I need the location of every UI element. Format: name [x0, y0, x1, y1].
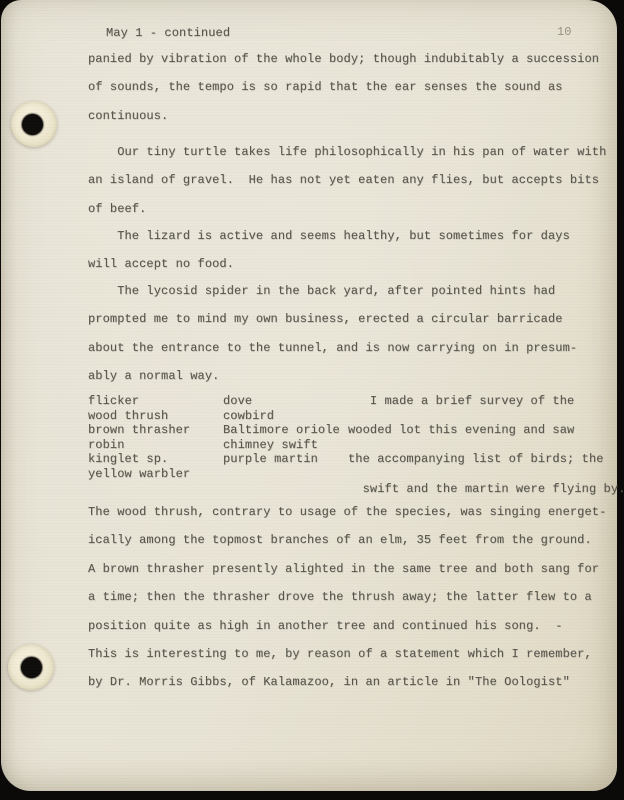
entry-title: May 1 - continued: [106, 25, 230, 41]
text-line: an island of gravel. He has not yet eate…: [88, 166, 606, 194]
text-line: The wood thrush, contrary to usage of th…: [88, 498, 606, 526]
scanned-journal-screenshot: { "page": { "colors": { "paper": "#e8e3d…: [0, 0, 624, 800]
text-line: A brown thrasher presently alighted in t…: [88, 555, 606, 583]
text-line: I made a brief survey of the: [348, 387, 624, 416]
paragraph-continued-sounds: panied by vibration of the whole body; t…: [88, 45, 599, 130]
survey-note: I made a brief survey of thewooded lot t…: [348, 387, 624, 504]
paragraph-lizard: The lizard is active and seems healthy, …: [88, 222, 570, 279]
text-line: will accept no food.: [88, 250, 570, 278]
text-line: of sounds, the tempo is so rapid that th…: [88, 73, 599, 101]
page-number: 10: [557, 24, 572, 40]
text-line: The lycosid spider in the back yard, aft…: [88, 277, 577, 305]
text-line: dove: [223, 394, 340, 409]
hole-punch-hole-icon: [22, 114, 43, 135]
paragraph-wood-thrush-closing: The wood thrush, contrary to usage of th…: [88, 498, 606, 697]
text-line: of beef.: [88, 195, 606, 223]
paragraph-turtle: Our tiny turtle takes life philosophical…: [88, 138, 606, 223]
text-line: The lizard is active and seems healthy, …: [88, 222, 570, 250]
bird-list-column-2: dovecowbirdBaltimore oriolechimney swift…: [223, 394, 340, 467]
text-line: flicker: [88, 394, 190, 409]
text-line: This is interesting to me, by reason of …: [88, 640, 606, 668]
hole-punch-bottom: [8, 644, 54, 690]
text-line: about the entrance to the tunnel, and is…: [88, 334, 577, 362]
text-line: the accompanying list of birds; the: [348, 445, 624, 474]
text-line: panied by vibration of the whole body; t…: [88, 45, 599, 73]
paragraph-spider: The lycosid spider in the back yard, aft…: [88, 277, 577, 391]
text-line: wood thrush: [88, 409, 190, 424]
text-line: continuous.: [88, 102, 599, 130]
text-line: ically among the topmost branches of an …: [88, 526, 606, 554]
text-line: Our tiny turtle takes life philosophical…: [88, 138, 606, 166]
text-line: robin: [88, 438, 190, 453]
text-line: brown thrasher: [88, 423, 190, 438]
text-line: yellow warbler: [88, 467, 190, 482]
text-line: purple martin: [223, 452, 340, 467]
journal-page: May 1 - continued 10 panied by vibration…: [1, 0, 617, 791]
text-line: wooded lot this evening and saw: [348, 416, 624, 445]
text-line: kinglet sp.: [88, 452, 190, 467]
bird-list-column-1: flickerwood thrushbrown thrasherrobinkin…: [88, 394, 190, 482]
text-line: a time; then the thrasher drove the thru…: [88, 583, 606, 611]
text-line: prompted me to mind my own business, ere…: [88, 305, 577, 333]
text-line: chimney swift: [223, 438, 340, 453]
text-line: by Dr. Morris Gibbs, of Kalamazoo, in an…: [88, 668, 606, 696]
text-line: cowbird: [223, 409, 340, 424]
hole-punch-hole-icon: [21, 657, 42, 678]
hole-punch-top: [11, 101, 57, 147]
text-line: position quite as high in another tree a…: [88, 612, 606, 640]
text-line: Baltimore oriole: [223, 423, 340, 438]
